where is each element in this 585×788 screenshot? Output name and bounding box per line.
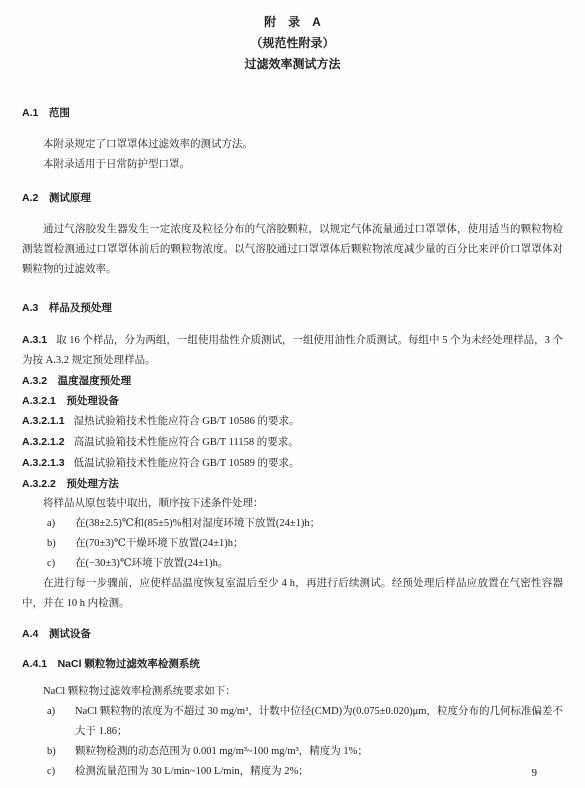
section-a2: A.2 测试原理 通过气溶胶发生器发生一定浓度及粒径分布的气溶胶颗粒，以规定气体… xyxy=(22,188,563,280)
appendix-label: 附 录 A xyxy=(22,12,563,33)
list-item-a41-c: c) 检测流量范围为 30 L/min~100 L/min，精度为 2%； xyxy=(22,762,563,782)
clause-a3213: A.3.2.1.3低温试验箱技术性能应符合 GB/T 10589 的要求。 xyxy=(22,453,563,474)
list-marker: b) xyxy=(47,742,75,762)
appendix-title: 过滤效率测试方法 xyxy=(22,54,563,75)
paragraph-a2-1: 通过气溶胶发生器发生一定浓度及粒径分布的气溶胶颗粒，以规定气体流量通过口罩罩体，… xyxy=(22,220,563,280)
clause-a3212: A.3.2.1.2高温试验箱技术性能应符合 GB/T 11158 的要求。 xyxy=(22,432,563,453)
clause-a3211: A.3.2.1.1湿热试验箱技术性能应符合 GB/T 10586 的要求。 xyxy=(22,411,563,432)
section-a3: A.3 样品及预处理 A.3.1取 16 个样品，分为两组，一组使用盐性介质测试… xyxy=(22,298,563,614)
list-item-a41-b: b) 颗粒物检测的动态范围为 0.001 mg/m³~100 mg/m³，精度为… xyxy=(22,742,563,762)
appendix-type: （规范性附录） xyxy=(22,33,563,54)
paragraph-a322-intro: 将样品从原包装中取出，顺序按下述条件处理： xyxy=(22,494,563,514)
heading-a32: A.3.2 温度湿度预处理 xyxy=(22,371,563,391)
list-item-a322-a: a) 在(38±2.5)℃和(85±5)%相对湿度环境下放置(24±1)h； xyxy=(22,514,563,534)
page-number: 9 xyxy=(532,766,538,780)
clause-a3211-number: A.3.2.1.1 xyxy=(22,415,65,427)
clause-a31: A.3.1取 16 个样品，分为两组，一组使用盐性介质测试，一组使用油性介质测试… xyxy=(22,330,563,371)
clause-a3213-text: 低温试验箱技术性能应符合 GB/T 10589 的要求。 xyxy=(74,458,300,469)
list-item-text: 颗粒物检测的动态范围为 0.001 mg/m³~100 mg/m³，精度为 1%… xyxy=(75,742,563,762)
appendix-title-block: 附 录 A （规范性附录） 过滤效率测试方法 xyxy=(22,12,563,75)
list-marker: c) xyxy=(47,762,75,782)
heading-a321: A.3.2.1 预处理设备 xyxy=(22,391,563,411)
list-item-text: 在(38±2.5)℃和(85±5)%相对湿度环境下放置(24±1)h； xyxy=(75,514,563,534)
clause-a3212-text: 高温试验箱技术性能应符合 GB/T 11158 的要求。 xyxy=(74,437,299,448)
list-marker: b) xyxy=(47,534,75,554)
heading-a322: A.3.2.2 预处理方法 xyxy=(22,474,563,494)
list-item-text: NaCl 颗粒物的浓度为不超过 30 mg/m³，计数中位径(CMD)为(0.0… xyxy=(75,702,563,742)
list-item-a322-c: c) 在(−30±3)℃环境下放置(24±1)h。 xyxy=(22,554,563,574)
paragraph-a322-closing: 在进行每一步骤前，应使样品温度恢复室温后至少 4 h，再进行后续测试。经预处理后… xyxy=(22,574,563,614)
section-a1: A.1 范围 本附录规定了口罩罩体过滤效率的测试方法。 本附录适用于日常防护型口… xyxy=(22,103,563,175)
list-item-text: 在(−30±3)℃环境下放置(24±1)h。 xyxy=(75,554,563,574)
clause-a3211-text: 湿热试验箱技术性能应符合 GB/T 10586 的要求。 xyxy=(74,416,300,427)
list-item-text: 在(70±3)℃干燥环境下放置(24±1)h； xyxy=(75,534,563,554)
heading-a2-principle: A.2 测试原理 xyxy=(22,188,563,208)
paragraph-a41-intro: NaCl 颗粒物过滤效率检测系统要求如下： xyxy=(22,682,563,702)
paragraph-a1-1: 本附录规定了口罩罩体过滤效率的测试方法。 xyxy=(22,135,563,155)
heading-a1-scope: A.1 范围 xyxy=(22,103,563,123)
list-marker: a) xyxy=(47,702,75,742)
heading-a41-nacl-system: A.4.1 NaCl 颗粒物过滤效率检测系统 xyxy=(22,654,563,674)
list-item-text: 检测流量范围为 30 L/min~100 L/min，精度为 2%； xyxy=(75,762,563,782)
section-a4: A.4 测试设备 A.4.1 NaCl 颗粒物过滤效率检测系统 NaCl 颗粒物… xyxy=(22,624,563,782)
clause-a3213-number: A.3.2.1.3 xyxy=(22,457,65,469)
list-marker: c) xyxy=(47,554,75,574)
list-item-a322-b: b) 在(70±3)℃干燥环境下放置(24±1)h； xyxy=(22,534,563,554)
list-item-a41-a: a) NaCl 颗粒物的浓度为不超过 30 mg/m³，计数中位径(CMD)为(… xyxy=(22,702,563,742)
heading-a3-samples: A.3 样品及预处理 xyxy=(22,298,563,318)
clause-a31-number: A.3.1 xyxy=(22,334,47,346)
list-marker: a) xyxy=(47,514,75,534)
paragraph-a1-2: 本附录适用于日常防护型口罩。 xyxy=(22,155,563,175)
clause-a31-text: 取 16 个样品，分为两组，一组使用盐性介质测试，一组使用油性介质测试。每组中 … xyxy=(22,335,563,366)
heading-a4-equipment: A.4 测试设备 xyxy=(22,624,563,644)
clause-a3212-number: A.3.2.1.2 xyxy=(22,436,65,448)
document-page: 附 录 A （规范性附录） 过滤效率测试方法 A.1 范围 本附录规定了口罩罩体… xyxy=(0,0,585,788)
